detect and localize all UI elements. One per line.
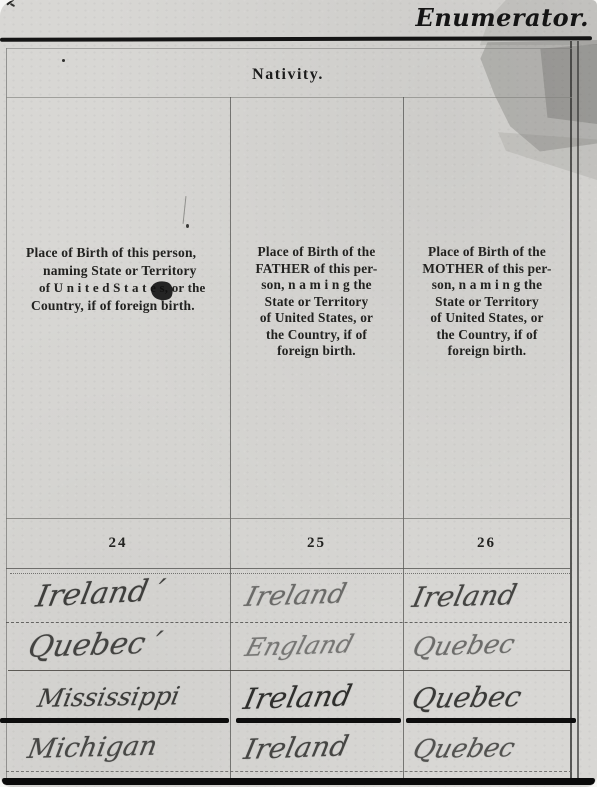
- paper-texture: [0, 0, 597, 787]
- number-row-top-line: [6, 518, 572, 519]
- entry-mother-birthplace-row3: Quebec: [408, 676, 576, 719]
- description-line: of United States, or: [404, 310, 570, 327]
- heavy-rule-segment-3: [406, 718, 576, 723]
- nativity-section-title: Nativity.: [6, 60, 570, 90]
- table-right-border-inner: [570, 41, 572, 783]
- column-26-description: Place of Birth of the MOTHER of this per…: [404, 244, 570, 360]
- description-line: son, n a m i n g the: [404, 277, 570, 294]
- top-heavy-rule: [0, 36, 592, 42]
- description-line: naming State or Territory: [26, 262, 228, 280]
- row-separator-dashed-4: [6, 771, 572, 772]
- row-separator-solid-2: [8, 670, 570, 671]
- description-line: State or Territory: [404, 294, 570, 311]
- number-row-bottom-line: [6, 568, 572, 569]
- scratch-mark: [183, 196, 187, 224]
- entry-father-birthplace-row4: Ireland: [240, 724, 408, 771]
- row-separator-dashed-1: [6, 622, 572, 623]
- description-line: foreign birth.: [231, 343, 402, 360]
- entry-father-birthplace-row1: Ireland: [240, 571, 411, 620]
- entry-birthplace-row4: Michigan: [24, 724, 233, 771]
- description-line: son, n a m i n g the: [231, 277, 402, 294]
- corner-ink-mark-2: [10, 3, 15, 7]
- entry-father-birthplace-row2: England: [240, 622, 412, 669]
- tape-stain-lower: [498, 128, 597, 180]
- entry-birthplace-row3: Mississippi: [24, 675, 243, 719]
- description-line: of U n i t e d S t a t e s, or the: [26, 279, 228, 297]
- description-line: MOTHER of this per-: [404, 261, 570, 278]
- description-line: FATHER of this per-: [231, 261, 402, 278]
- column-24-description: Place of Birth of this person, naming St…: [26, 244, 228, 314]
- description-line: of United States, or: [231, 310, 402, 327]
- nativity-header-bottom-line: [6, 97, 572, 98]
- entry-mother-birthplace-row2: Quebec: [408, 622, 578, 669]
- entry-birthplace-row2: Quebec ′: [24, 620, 235, 669]
- table-left-border: [6, 48, 7, 781]
- description-line: Place of Birth of the: [404, 244, 570, 261]
- heavy-rule-segment-1: [0, 718, 229, 723]
- column-number-25: 25: [230, 529, 403, 557]
- enumerator-heading: Enumerator.: [416, 3, 589, 32]
- entry-mother-birthplace-row4: Quebec: [408, 726, 578, 771]
- description-line: State or Territory: [231, 294, 402, 311]
- scratch-dot: [186, 224, 189, 228]
- entry-father-birthplace-row3: Ireland: [240, 674, 408, 719]
- column-25-description: Place of Birth of the FATHER of this per…: [231, 244, 402, 360]
- description-line: Place of Birth of this person,: [26, 244, 228, 262]
- column-number-26: 26: [403, 529, 570, 557]
- census-form-scan: Enumerator. Nativity. Place of Birth of …: [0, 0, 597, 787]
- description-line: the Country, if of: [404, 327, 570, 344]
- column-number-24: 24: [6, 529, 230, 557]
- table-right-border-outer: [577, 41, 579, 783]
- entry-mother-birthplace-row1: Ireland: [408, 572, 577, 620]
- nativity-header-top-line: [6, 48, 572, 49]
- ink-speck: [62, 59, 65, 62]
- description-line: the Country, if of: [231, 327, 402, 344]
- description-line: Place of Birth of the: [231, 244, 402, 261]
- description-line: Country, if of foreign birth.: [26, 297, 228, 315]
- heavy-rule-segment-2: [236, 718, 401, 723]
- bottom-heavy-rule: [2, 778, 595, 785]
- description-line: foreign birth.: [404, 343, 570, 360]
